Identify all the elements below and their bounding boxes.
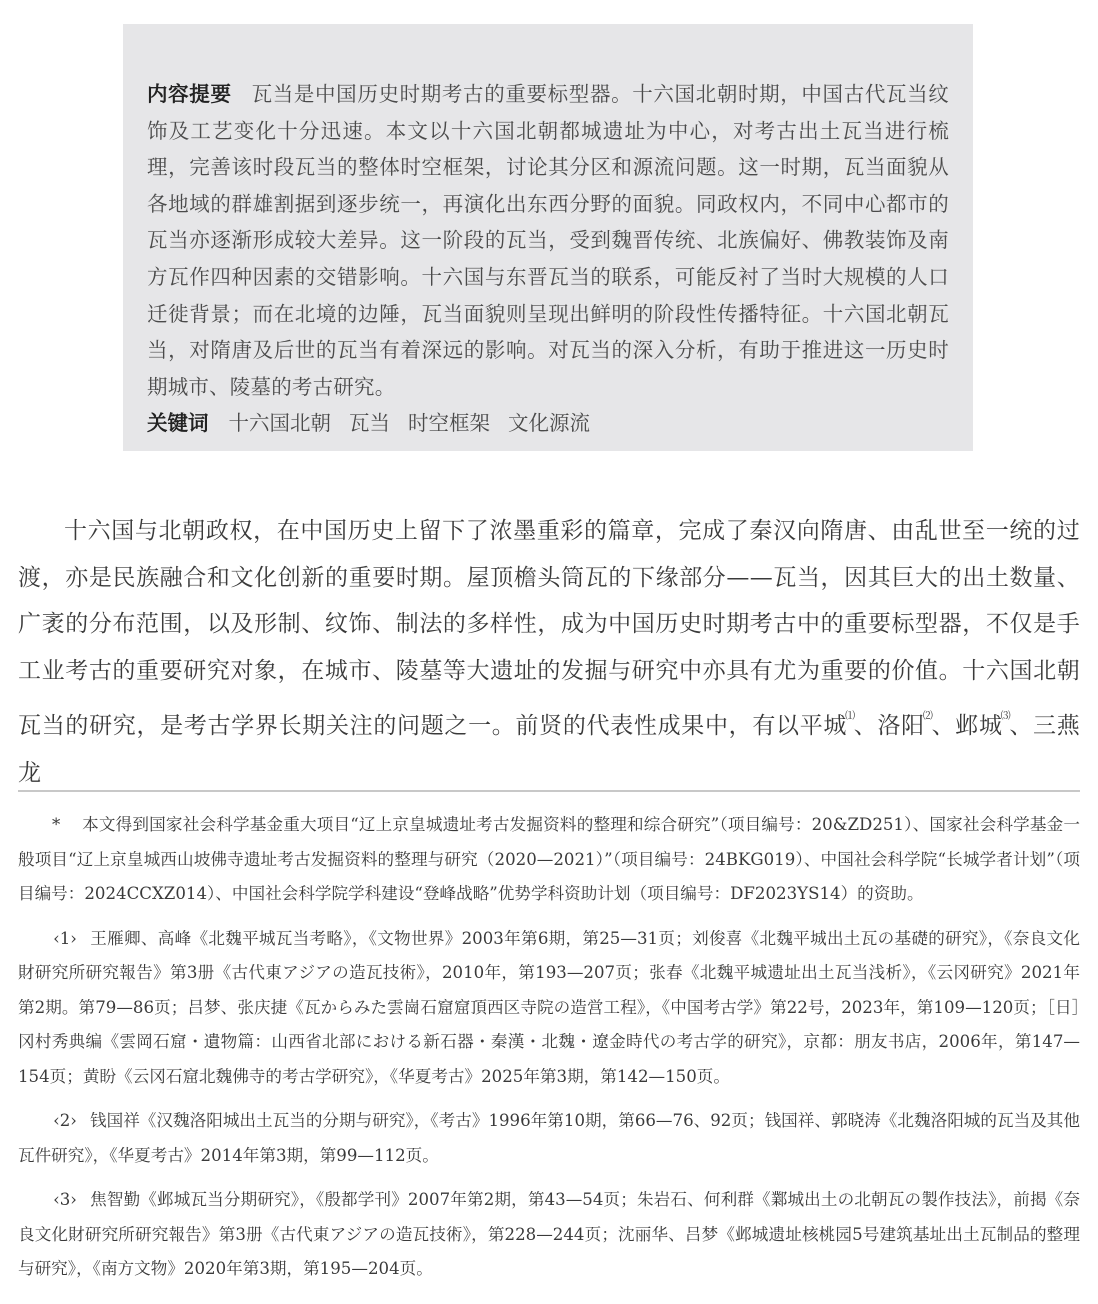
keywords-label: 关键词	[147, 411, 209, 435]
footnote-funding: *本文得到国家社会科学基金重大项目“辽上京皇城遗址考古发掘资料的整理和综合研究”…	[18, 808, 1080, 912]
keyword: 十六国北朝	[229, 411, 332, 435]
keyword: 文化源流	[508, 411, 590, 435]
keyword: 瓦当	[349, 411, 390, 435]
footnote-text: 王雁卿、高峰《北魏平城瓦当考略》，《文物世界》2003年第6期，第25—31页；…	[18, 929, 1080, 1086]
footnotes: *本文得到国家社会科学基金重大项目“辽上京皇城遗址考古发掘资料的整理和综合研究”…	[18, 808, 1080, 1297]
footnote-divider	[18, 790, 1080, 792]
body-text-mid-1: 、洛阳	[854, 713, 925, 739]
footnote-marker: ‹2›	[40, 1104, 90, 1139]
keyword: 时空框架	[408, 411, 490, 435]
footnote-2: ‹2›钱国祥《汉魏洛阳城出土瓦当的分期与研究》，《考古》1996年第10期，第6…	[18, 1104, 1080, 1173]
footnote-text: 本文得到国家社会科学基金重大项目“辽上京皇城遗址考古发掘资料的整理和综合研究”（…	[18, 815, 1080, 903]
body-text-start: 十六国与北朝政权，在中国历史上留下了浓墨重彩的篇章，完成了秦汉向隋唐、由乱世至一…	[18, 518, 1080, 739]
footnote-marker: ‹3›	[40, 1183, 90, 1218]
footnote-marker: ‹1›	[40, 922, 90, 957]
footnote-text: 钱国祥《汉魏洛阳城出土瓦当的分期与研究》，《考古》1996年第10期，第66—7…	[18, 1111, 1080, 1165]
footnote-3: ‹3›焦智勤《邺城瓦当分期研究》，《殷都学刊》2007年第2期，第43—54页；…	[18, 1183, 1080, 1287]
abstract-text: 瓦当是中国历史时期考古的重要标型器。十六国北朝时期，中国古代瓦当纹饰及工艺变化十…	[147, 82, 949, 399]
abstract: 内容提要瓦当是中国历史时期考古的重要标型器。十六国北朝时期，中国古代瓦当纹饰及工…	[147, 76, 949, 405]
body-paragraph: 十六国与北朝政权，在中国历史上留下了浓墨重彩的篇章，完成了秦汉向隋唐、由乱世至一…	[18, 508, 1080, 796]
keywords: 关键词十六国北朝瓦当时空框架文化源流	[147, 405, 949, 441]
footnote-1: ‹1›王雁卿、高峰《北魏平城瓦当考略》，《文物世界》2003年第6期，第25—3…	[18, 922, 1080, 1095]
abstract-label: 内容提要	[147, 82, 232, 106]
abstract-box: 内容提要瓦当是中国历史时期考古的重要标型器。十六国北朝时期，中国古代瓦当纹饰及工…	[123, 24, 973, 451]
footnote-star-marker: *	[52, 808, 82, 843]
footnote-text: 焦智勤《邺城瓦当分期研究》，《殷都学刊》2007年第2期，第43—54页；朱岩石…	[18, 1190, 1080, 1278]
body-text-mid-2: 、邺城	[932, 713, 1003, 739]
